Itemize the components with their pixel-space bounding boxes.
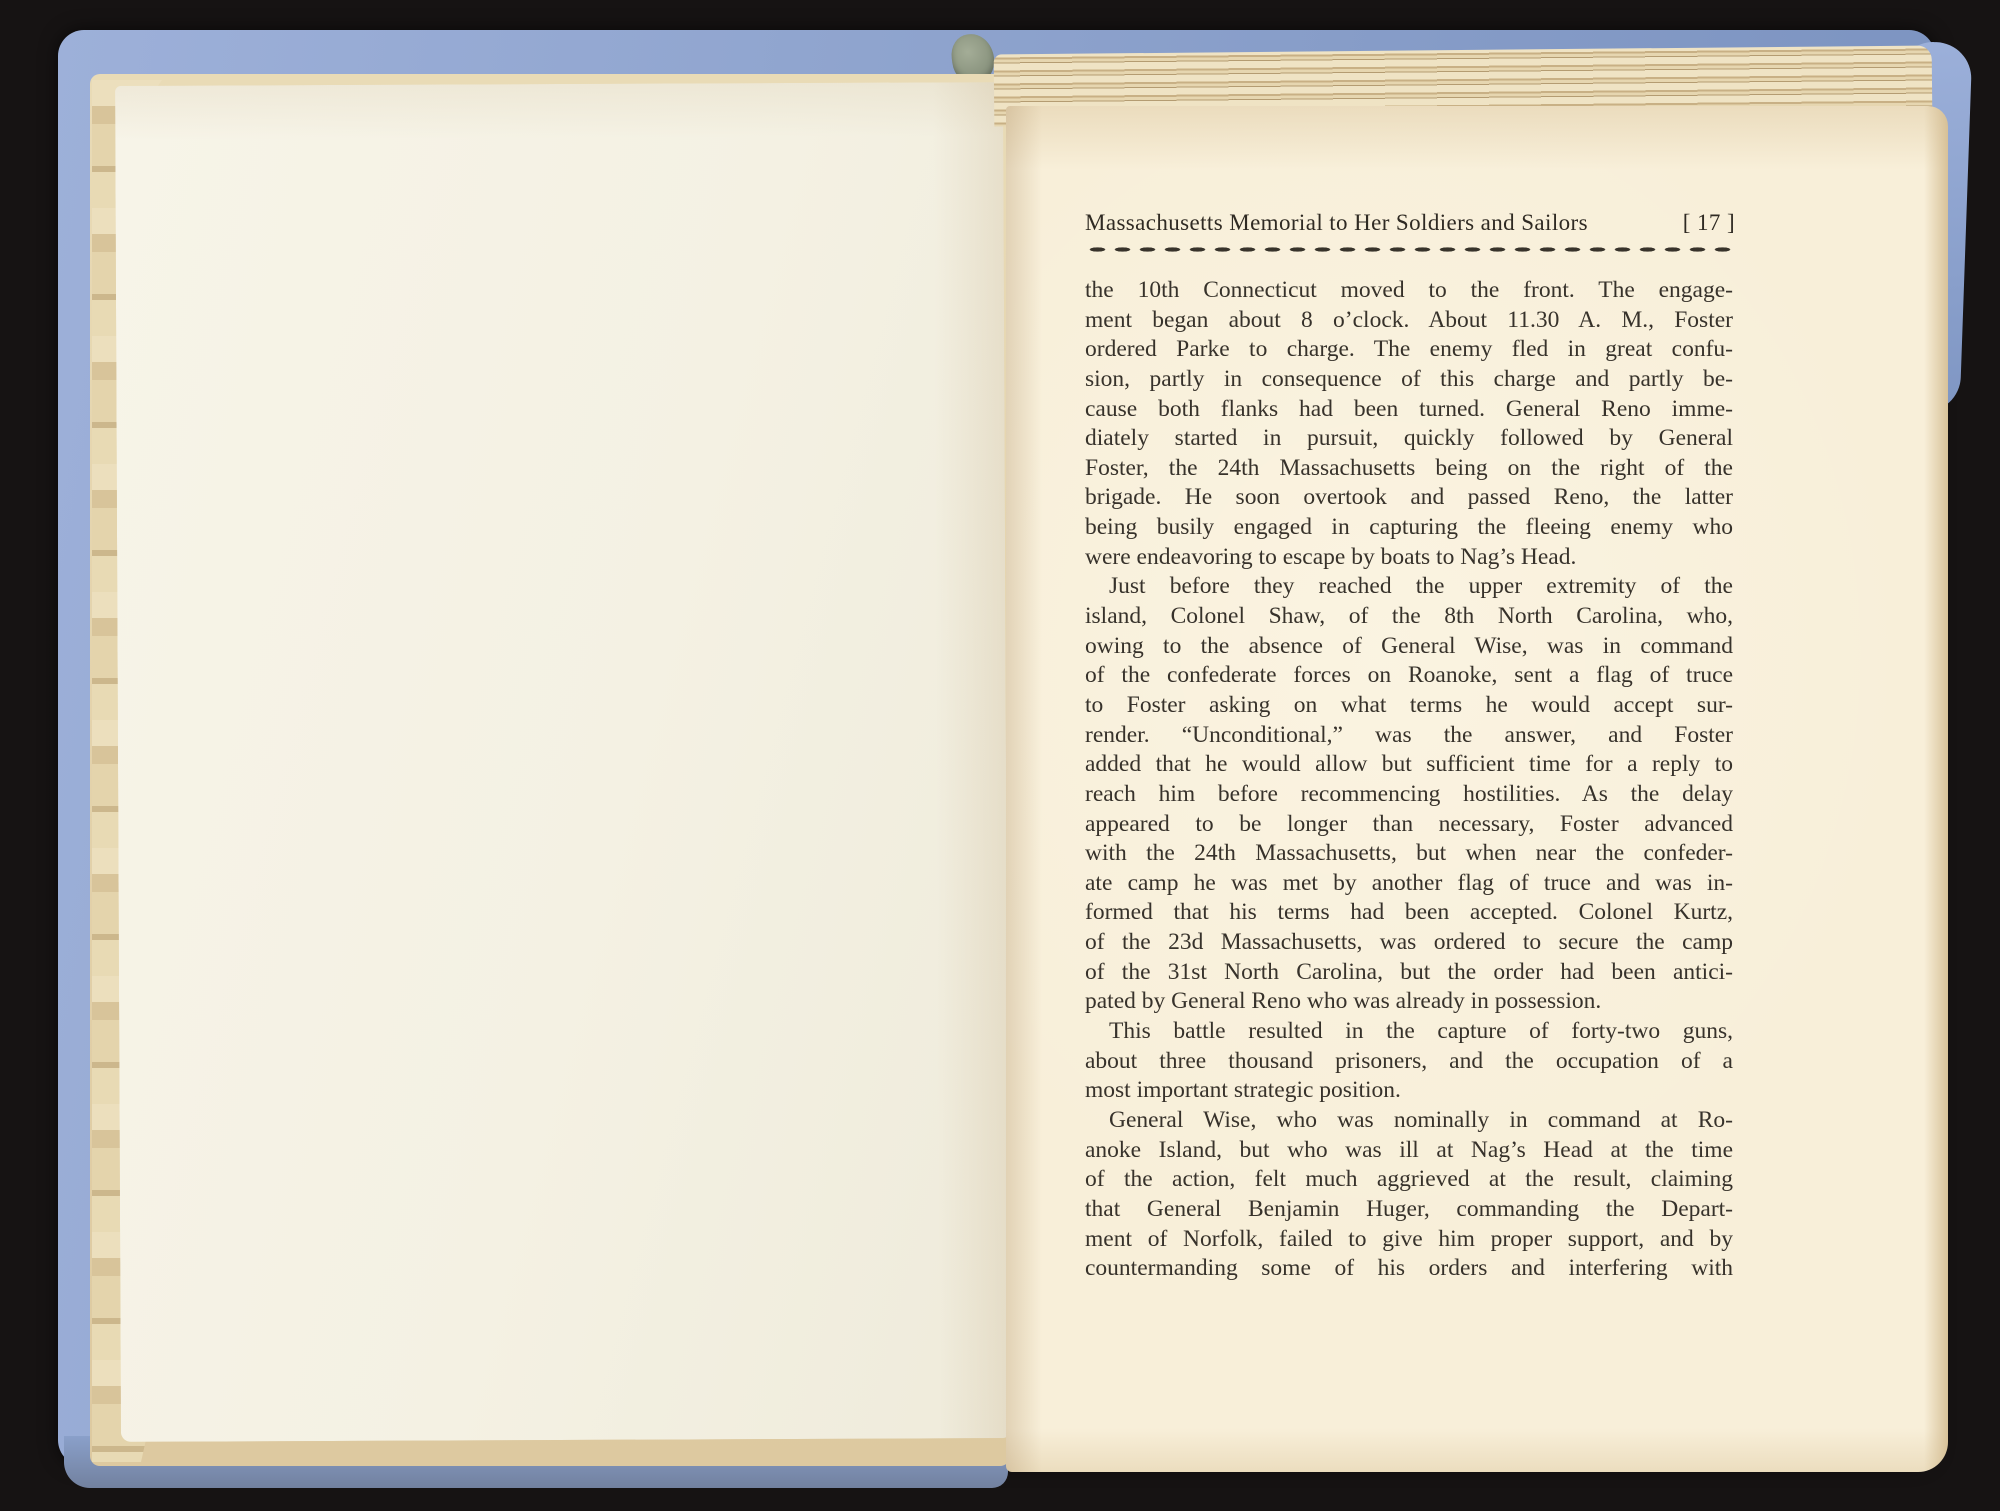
text-line: about three thousand prisoners, and the …: [1085, 1047, 1733, 1077]
text-line: of the 31st North Carolina, but the orde…: [1085, 958, 1733, 988]
header-rule: [1085, 246, 1735, 253]
text-line: being busily engaged in capturing the fl…: [1085, 513, 1733, 543]
text-line: of the confederate forces on Roanoke, se…: [1085, 661, 1733, 691]
text-line: owing to the absence of General Wise, wa…: [1085, 632, 1733, 662]
text-line: pated by General Reno who was already in…: [1085, 987, 1733, 1017]
text-line: to Foster asking on what terms he would …: [1085, 691, 1733, 721]
text-line: This battle resulted in the capture of f…: [1085, 1017, 1733, 1047]
text-line: cause both flanks had been turned. Gener…: [1085, 395, 1733, 425]
text-line: anoke Island, but who was ill at Nag’s H…: [1085, 1136, 1733, 1166]
text-line: appeared to be longer than necessary, Fo…: [1085, 810, 1733, 840]
text-line: added that he would allow but sufficient…: [1085, 750, 1733, 780]
text-line: of the action, felt much aggrieved at th…: [1085, 1165, 1733, 1195]
left-page-blank: [115, 82, 1009, 1442]
text-line: that General Benjamin Huger, commanding …: [1085, 1195, 1733, 1225]
text-line: render. “Unconditional,” was the answer,…: [1085, 721, 1733, 751]
text-line: General Wise, who was nominally in comma…: [1085, 1106, 1733, 1136]
text-line: most important strategic position.: [1085, 1076, 1733, 1106]
text-line: ate camp he was met by another flag of t…: [1085, 869, 1733, 899]
text-line: Foster, the 24th Massachusetts being on …: [1085, 454, 1733, 484]
page-number: [ 17 ]: [1683, 210, 1735, 236]
text-line: the 10th Connecticut moved to the front.…: [1085, 276, 1733, 306]
text-line: were endeavoring to escape by boats to N…: [1085, 543, 1733, 573]
body-text: the 10th Connecticut moved to the front.…: [1085, 276, 1733, 1284]
text-line: ment began about 8 o’clock. About 11.30 …: [1085, 306, 1733, 336]
text-line: ordered Parke to charge. The enemy fled …: [1085, 335, 1733, 365]
text-line: diately started in pursuit, quickly foll…: [1085, 424, 1733, 454]
photo-background: Massachusetts Memorial to Her Soldiers a…: [0, 0, 2000, 1511]
text-line: island, Colonel Shaw, of the 8th North C…: [1085, 602, 1733, 632]
text-line: formed that his terms had been accepted.…: [1085, 898, 1733, 928]
running-header: Massachusetts Memorial to Her Soldiers a…: [1085, 210, 1735, 236]
right-page: Massachusetts Memorial to Her Soldiers a…: [1006, 106, 1948, 1472]
text-line: ment of Norfolk, failed to give him prop…: [1085, 1225, 1733, 1255]
text-line: with the 24th Massachusetts, but when ne…: [1085, 839, 1733, 869]
text-line: brigade. He soon overtook and passed Ren…: [1085, 483, 1733, 513]
text-line: sion, partly in consequence of this char…: [1085, 365, 1733, 395]
text-line: Just before they reached the upper extre…: [1085, 572, 1733, 602]
text-line: reach him before recommencing hostilitie…: [1085, 780, 1733, 810]
text-line: of the 23d Massachusetts, was ordered to…: [1085, 928, 1733, 958]
running-header-title: Massachusetts Memorial to Her Soldiers a…: [1085, 210, 1588, 236]
text-line: countermanding some of his orders and in…: [1085, 1254, 1733, 1284]
